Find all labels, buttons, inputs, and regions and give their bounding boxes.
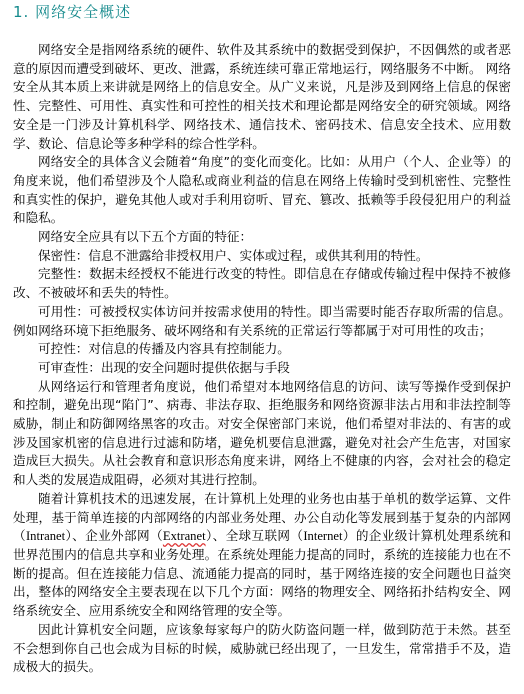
- feature-availability: 可用性：可被授权实体访问并按需求使用的特性。即当需要时能否存取所需的信息。例如网…: [13, 303, 511, 340]
- paragraph-perspective-user: 网络安全的具体含义会随着“角度”的变化而变化。比如：从用户（个人、企业等）的角度…: [13, 153, 511, 228]
- text-segment: ）、全球互联网（: [206, 528, 304, 543]
- paragraph-network-development: 随着计算机技术的迅速发展，在计算机上处理的业务也由基于单机的数学运算、文件处理，…: [13, 490, 511, 621]
- article-body: 网络安全是指网络系统的硬件、软件及其系统中的数据受到保护，不因偶然的或者恶意的原…: [13, 41, 511, 677]
- paragraph-features-intro: 网络安全应具有以下五个方面的特征：: [13, 228, 511, 247]
- term-extranet: Extranet: [163, 529, 206, 543]
- term-intranet: Intranet: [26, 529, 65, 543]
- feature-confidentiality: 保密性：信息不泄露给非授权用户、实体或过程，或供其利用的特性。: [13, 247, 511, 266]
- section-title: 1. 网络安全概述: [13, 2, 131, 22]
- feature-controllability: 可控性：对信息的传播及内容具有控制能力。: [13, 340, 511, 359]
- paragraph-perspective-admin: 从网络运行和管理者角度说，他们希望对本地网络信息的访问、读写等操作受到保护和控制…: [13, 378, 511, 490]
- text-segment: ）、企业外部网（: [65, 528, 163, 543]
- feature-integrity: 完整性：数据未经授权不能进行改变的特性。即信息在存储或传输过程中保持不被修改、不…: [13, 265, 511, 302]
- paragraph-conclusion: 因此计算机安全问题，应该象每家每户的防火防盗问题一样，做到防范于未然。甚至不会想…: [13, 621, 511, 677]
- paragraph-definition: 网络安全是指网络系统的硬件、软件及其系统中的数据受到保护，不因偶然的或者恶意的原…: [13, 41, 511, 153]
- feature-auditability: 可审查性：出现的安全问题时提供依据与手段: [13, 359, 511, 378]
- term-internet: Internet: [303, 529, 342, 543]
